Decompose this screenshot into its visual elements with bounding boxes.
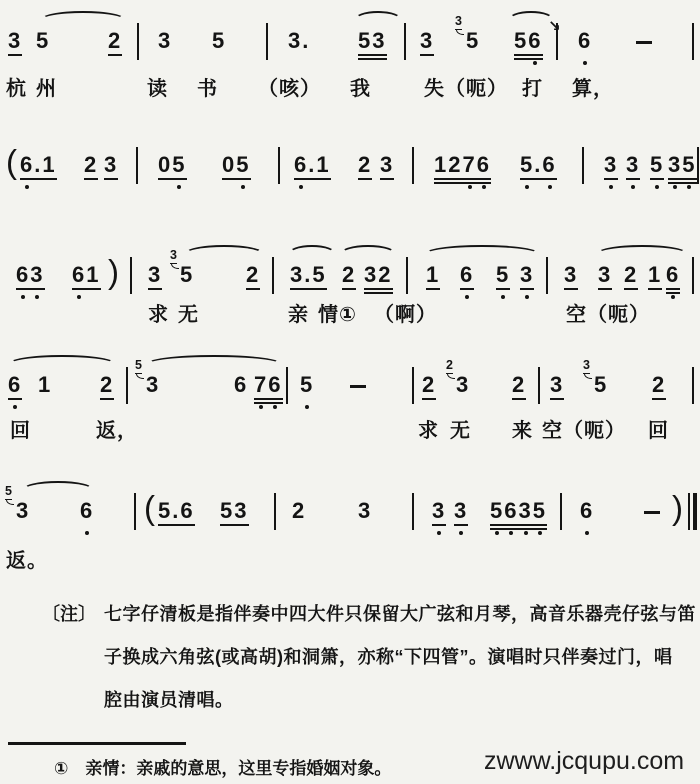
- octave-dot: [85, 531, 89, 535]
- note-token: 2: [84, 154, 98, 180]
- note-token: 32: [364, 264, 393, 290]
- note-digit: 5: [496, 264, 510, 286]
- note-digit: 5: [172, 154, 186, 176]
- note-digit: 6: [16, 264, 30, 286]
- note-digit: 1: [426, 264, 440, 286]
- note-token: 3: [148, 264, 162, 290]
- note-digit: 5: [650, 154, 664, 176]
- note-digit: 6: [666, 264, 680, 286]
- barline: [278, 147, 280, 184]
- octave-dot: [21, 295, 25, 299]
- note-digit: 3: [104, 154, 118, 176]
- note-token: 5: [496, 264, 510, 290]
- note-token: 2: [108, 30, 122, 56]
- note-digit: ): [108, 255, 119, 288]
- dash-note: [644, 511, 660, 514]
- octave-dot: [609, 185, 613, 189]
- note-token: 5635: [490, 500, 547, 526]
- note-token: 5: [594, 374, 608, 398]
- note-token: 5.6: [158, 500, 195, 526]
- note-token: 5: [466, 30, 480, 54]
- octave-dot: [655, 185, 659, 189]
- octave-dot: [259, 405, 263, 409]
- note-digit: 3: [454, 500, 468, 522]
- paren: ): [672, 491, 683, 524]
- lyric: 州: [36, 72, 57, 101]
- note-digit: 6: [72, 264, 86, 286]
- note-digit: 3: [520, 264, 534, 286]
- octave-dot: [671, 295, 675, 299]
- note-digit: 7: [254, 374, 268, 396]
- barline: [130, 257, 132, 294]
- note-digit: 3: [598, 264, 612, 286]
- note-digit: 3: [420, 30, 434, 52]
- note-token: 6: [80, 500, 94, 524]
- octave-dot: [468, 185, 472, 189]
- note-token: 3: [598, 264, 612, 290]
- barline: [556, 23, 558, 60]
- note-digit: 1: [648, 264, 662, 286]
- barline: [272, 257, 274, 294]
- note-digit: 3: [30, 264, 44, 286]
- octave-dot: [13, 405, 17, 409]
- note-token: 3: [550, 374, 564, 400]
- octave-dot: [533, 61, 537, 65]
- note-digit: 0: [158, 154, 172, 176]
- slur-arc: [424, 245, 540, 263]
- note-digit: 5: [300, 374, 314, 396]
- octave-dot: [509, 531, 513, 535]
- note-digit: 3: [668, 154, 682, 176]
- note-token: 2: [292, 500, 306, 524]
- note-token: 76: [254, 374, 283, 400]
- grace-note: 2: [446, 359, 453, 374]
- octave-dot: [35, 295, 39, 299]
- note-digit: 5: [514, 30, 528, 52]
- note-digit: 6: [8, 374, 22, 396]
- octave-dot: [501, 295, 505, 299]
- lyric: 回: [648, 414, 669, 443]
- note-digit: 3: [8, 30, 22, 52]
- note-token: 3: [146, 374, 160, 398]
- octave-dot: [77, 295, 81, 299]
- note-label: 〔注〕: [42, 600, 96, 626]
- note-token: 2: [624, 264, 638, 290]
- note-digit: 3: [380, 154, 394, 176]
- octave-dot: [495, 531, 499, 535]
- final-barline-thin: [688, 493, 690, 530]
- lyric: （啊）: [374, 298, 437, 327]
- note-token: 6.1: [20, 154, 57, 180]
- note-digit: 1: [42, 154, 56, 176]
- lyric: 失（呃）: [424, 72, 508, 101]
- note-digit: 3: [626, 154, 640, 176]
- note-token: 3: [8, 30, 22, 56]
- slur-arc: [40, 11, 126, 29]
- note-digit: .: [172, 500, 180, 522]
- note-token: 2: [652, 374, 666, 400]
- note-token: 6: [234, 374, 248, 398]
- vocal-line-1: 3↘352353.5335566杭州读书（咳）我失（呃）打算，: [0, 8, 700, 120]
- barline: [134, 493, 136, 530]
- note-token: 2: [512, 374, 526, 400]
- paren: (: [144, 491, 155, 524]
- note-digit: 3: [234, 500, 248, 522]
- barline: [136, 147, 138, 184]
- note-token: 3: [16, 500, 30, 524]
- note-token: 53: [358, 30, 387, 56]
- barline: [137, 23, 139, 60]
- barline: [546, 257, 548, 294]
- note-digit: 5: [36, 30, 50, 52]
- note-digit: 2: [378, 264, 392, 286]
- note-digit: 2: [342, 264, 356, 286]
- note-digit: 3: [550, 374, 564, 396]
- note-token: 6: [460, 264, 474, 290]
- note-token: 3: [626, 154, 640, 180]
- barline: [412, 147, 414, 184]
- note-token: 2: [422, 374, 436, 400]
- note-line-1: 七字仔清板是指伴奏中四大件只保留大广弦和月琴，高音乐器壳仔弦与笛: [104, 600, 696, 626]
- grace-note: 3: [170, 249, 177, 264]
- note-digit: 5: [533, 500, 547, 522]
- note-digit: 5: [312, 264, 326, 286]
- note-digit: 6: [578, 30, 592, 52]
- note-digit: 3: [146, 374, 160, 396]
- note-token: 6: [666, 264, 680, 290]
- note-digit: 3: [456, 374, 470, 396]
- lyric: 书: [197, 72, 218, 101]
- lyric: 求: [148, 298, 169, 327]
- footnote-separator: [8, 742, 186, 745]
- grace-note: 5: [5, 485, 12, 500]
- note-digit: 3: [158, 30, 172, 52]
- note-digit: 5: [682, 154, 696, 176]
- lyric: 杭: [6, 72, 27, 101]
- note-digit: 3: [604, 154, 618, 176]
- note-token: 3: [380, 154, 394, 180]
- lyric: 我: [350, 72, 371, 101]
- note-digit: 6: [460, 264, 474, 286]
- note-token: 5: [180, 264, 194, 288]
- slur-arc: [184, 245, 264, 263]
- vocal-line-2: 36361)3523.5232165333216求无亲情①（啊）空（呃）: [0, 242, 700, 354]
- lyric: 读: [147, 72, 168, 101]
- note-digit: 2: [652, 374, 666, 396]
- note-token: 6: [8, 374, 22, 400]
- note-digit: 2: [358, 154, 372, 176]
- grace-note: 5: [135, 359, 142, 374]
- note-token: 3: [564, 264, 578, 290]
- octave-dot: [525, 185, 529, 189]
- note-token: 5: [300, 374, 314, 398]
- note-token: 5: [36, 30, 50, 54]
- note-digit: 3: [372, 30, 386, 52]
- note-digit: 3: [288, 30, 302, 52]
- note-digit: (: [6, 145, 17, 178]
- lyric: 算，: [572, 72, 614, 101]
- note-digit: ): [672, 491, 683, 524]
- note-token: 2: [100, 374, 114, 400]
- note-digit: 6: [580, 500, 594, 522]
- slur-arc: [354, 11, 402, 29]
- octave-dot: [538, 531, 542, 535]
- note-line-3: 腔由演员清唱。: [104, 686, 234, 712]
- note-token: 3: [520, 264, 534, 290]
- note-token: 1: [38, 374, 52, 398]
- lyric: 返。: [6, 544, 48, 573]
- note-digit: 1: [434, 154, 448, 176]
- final-barline-thick: [693, 493, 697, 530]
- note-digit: 2: [292, 500, 306, 522]
- note-token: 3: [432, 500, 446, 526]
- note-digit: 6: [504, 500, 518, 522]
- paren: ): [108, 255, 119, 288]
- note-digit: 5: [236, 154, 250, 176]
- barline: [560, 493, 562, 530]
- barline: [692, 257, 694, 294]
- note-digit: 5: [220, 500, 234, 522]
- note-digit: 2: [108, 30, 122, 52]
- note-token: 2: [342, 264, 356, 290]
- note-digit: 5: [594, 374, 608, 396]
- lyric: 亲: [288, 298, 309, 327]
- note-digit: 5: [358, 30, 372, 52]
- note-token: 6.1: [294, 154, 331, 180]
- note-token: 3: [456, 374, 470, 398]
- octave-dot: [585, 531, 589, 535]
- sheet-music-page: 3↘352353.5335566杭州读书（咳）我失（呃）打算，(6.123050…: [0, 0, 700, 784]
- vocal-line-3: 52361236765232352回返，求无来空（呃）回: [0, 352, 700, 464]
- octave-dot: [299, 185, 303, 189]
- note-digit: .: [534, 154, 542, 176]
- barline: [266, 23, 268, 60]
- note-digit: .: [34, 154, 42, 176]
- note-digit: 6: [180, 500, 194, 522]
- note-digit: 5: [158, 500, 172, 522]
- octave-dot: [687, 185, 691, 189]
- lyric: 空（呃）: [566, 298, 650, 327]
- barline: [692, 367, 694, 404]
- note-digit: 2: [100, 374, 114, 396]
- octave-dot: [459, 531, 463, 535]
- note-line-2: 子换成六角弦(或高胡)和洞箫，亦称“下四管”。演唱时只伴奏过门，唱: [104, 643, 673, 669]
- note-token: 5: [212, 30, 226, 54]
- note-digit: 3: [432, 500, 446, 522]
- note-digit: 6: [234, 374, 248, 396]
- lyric: 无: [450, 414, 471, 443]
- octave-dot: [465, 295, 469, 299]
- note-digit: 2: [84, 154, 98, 176]
- note-digit: 5: [212, 30, 226, 52]
- barline: [697, 147, 699, 184]
- note-digit: 3: [358, 500, 372, 522]
- octave-dot: [437, 531, 441, 535]
- note-token: 1: [426, 264, 440, 290]
- slur-arc: [288, 245, 336, 263]
- note-digit: 5: [490, 500, 504, 522]
- note-digit: 3: [16, 500, 30, 522]
- note-token: 35: [668, 154, 697, 180]
- octave-dot: [524, 531, 528, 535]
- note-token: 05: [222, 154, 251, 180]
- slur-arc: [340, 245, 396, 263]
- slur-arc: [8, 355, 116, 373]
- lyric: 回: [10, 414, 31, 443]
- note-digit: .: [304, 264, 312, 286]
- note-digit: 6: [528, 30, 542, 52]
- note-token: 56: [514, 30, 543, 56]
- note-token: 3: [158, 30, 172, 54]
- octave-dot: [631, 185, 635, 189]
- note-digit: 6: [268, 374, 282, 396]
- note-token: 3.5: [290, 264, 327, 290]
- note-token: 63: [16, 264, 45, 290]
- note-token: 3: [104, 154, 118, 180]
- note-digit: 1: [316, 154, 330, 176]
- vocal-line-4: 536(5.653233356356)返。: [0, 478, 700, 590]
- note-digit: 2: [448, 154, 462, 176]
- note-token: 3: [420, 30, 434, 56]
- barline: [286, 367, 288, 404]
- octave-dot: [548, 185, 552, 189]
- watermark: zwww.jcqupu.com: [484, 747, 684, 776]
- note-token: 5.6: [520, 154, 557, 180]
- note-digit: 6: [80, 500, 94, 522]
- note-digit: 6: [294, 154, 308, 176]
- note-digit: .: [308, 154, 316, 176]
- note-digit: 3: [148, 264, 162, 286]
- dash-note: [636, 41, 652, 44]
- octave-dot: [673, 185, 677, 189]
- barline: [404, 23, 406, 60]
- note-token: 3.: [288, 30, 310, 54]
- octave-dot: [273, 405, 277, 409]
- note-digit: 1: [38, 374, 52, 396]
- slide-down-icon: ↘: [548, 17, 561, 35]
- lyric: 求: [418, 414, 439, 443]
- slur-arc: [22, 481, 94, 499]
- grace-note: 3: [455, 15, 462, 30]
- footnote-text: ① 亲情：亲戚的意思，这里专指婚姻对象。: [54, 754, 391, 779]
- barline: [126, 367, 128, 404]
- note-token: 6: [578, 30, 592, 54]
- note-token: 1: [648, 264, 662, 290]
- octave-dot: [525, 295, 529, 299]
- note-digit: 6: [20, 154, 34, 176]
- lyric: （咳）: [258, 72, 321, 101]
- octave-dot: [583, 61, 587, 65]
- instrumental-line: (6.12305056.12312765.633535: [0, 132, 700, 244]
- lyric: 返，: [96, 414, 138, 443]
- dash-note: [350, 385, 366, 388]
- octave-dot: [241, 185, 245, 189]
- octave-dot: [25, 185, 29, 189]
- note-token: 53: [220, 500, 249, 526]
- octave-dot: [305, 405, 309, 409]
- note-token: 3: [454, 500, 468, 526]
- lyric: 来: [512, 414, 533, 443]
- barline: [406, 257, 408, 294]
- slur-arc: [596, 245, 688, 263]
- barline: [582, 147, 584, 184]
- note-token: 3: [358, 500, 372, 524]
- note-digit: 3: [364, 264, 378, 286]
- note-token: 2: [246, 264, 260, 290]
- lyric: 打: [522, 72, 543, 101]
- note-token: 05: [158, 154, 187, 180]
- barline: [538, 367, 540, 404]
- note-digit: 3: [519, 500, 533, 522]
- lyric: 无: [178, 298, 199, 327]
- slur-arc: [146, 355, 282, 373]
- note-digit: 2: [624, 264, 638, 286]
- note-digit: 6: [542, 154, 556, 176]
- note-token: 6: [580, 500, 594, 524]
- octave-dot: [482, 185, 486, 189]
- barline: [692, 23, 694, 60]
- barline: [412, 493, 414, 530]
- note-digit: 2: [512, 374, 526, 396]
- barline: [274, 493, 276, 530]
- note-digit: 0: [222, 154, 236, 176]
- note-token: 3: [604, 154, 618, 180]
- barline: [412, 367, 414, 404]
- note-digit: 3: [564, 264, 578, 286]
- lyric: 情①: [318, 298, 357, 327]
- note-digit: .: [302, 30, 310, 52]
- note-token: 5: [650, 154, 664, 180]
- note-token: 2: [358, 154, 372, 180]
- grace-note: 3: [583, 359, 590, 374]
- note-digit: 2: [422, 374, 436, 396]
- note-token: 1276: [434, 154, 491, 180]
- note-token: 61: [72, 264, 101, 290]
- note-digit: 5: [466, 30, 480, 52]
- note-digit: 6: [477, 154, 491, 176]
- note-digit: 7: [463, 154, 477, 176]
- octave-dot: [177, 185, 181, 189]
- note-digit: 2: [246, 264, 260, 286]
- lyric: 空（呃）: [542, 414, 626, 443]
- note-digit: 3: [290, 264, 304, 286]
- note-digit: (: [144, 491, 155, 524]
- note-digit: 1: [86, 264, 100, 286]
- note-digit: 5: [180, 264, 194, 286]
- paren: (: [6, 145, 17, 178]
- note-digit: 5: [520, 154, 534, 176]
